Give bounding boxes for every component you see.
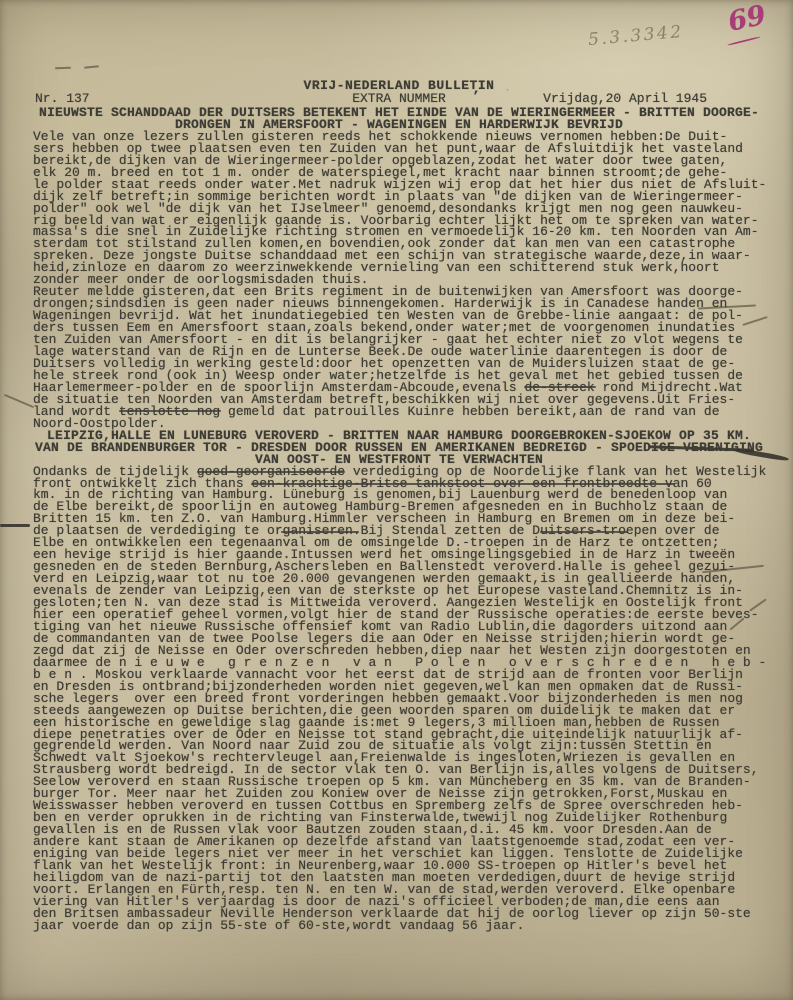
article2-body: Ondanks de tijdelijk goed-georganiseerde…	[33, 466, 765, 932]
pencil-mark	[55, 67, 71, 70]
masthead-meta: Nr. 137 EXTRA NUMMER ’ Vrijdag,20 April …	[33, 93, 765, 105]
article2-headline: LEIPZIG,HALLE EN LUNEBURG VEROVERD - BRI…	[33, 430, 765, 466]
typewritten-content: VRIJ-NEDERLAND BULLETIN Nr. 137 EXTRA NU…	[33, 80, 765, 932]
handwritten-page-number: 69	[725, 0, 780, 38]
typed-mark: ’	[472, 91, 480, 103]
document-page: 69 5.3.3342 VRIJ-NEDERLAND BULLETIN Nr. …	[0, 0, 793, 1000]
article1-body: Vele van onze lezers zullen gisteren ree…	[33, 131, 765, 430]
article1-headline: NIEUWSTE SCHANDDAAD DER DUITSERS BETEKEN…	[33, 107, 765, 131]
pencil-mark	[4, 394, 34, 408]
pencil-mark	[84, 65, 99, 68]
pencil-mark	[0, 524, 30, 527]
issue-date: Vrijdag,20 April 1945	[543, 93, 707, 105]
pencil-archive-number: 5.3.3342	[587, 22, 684, 50]
